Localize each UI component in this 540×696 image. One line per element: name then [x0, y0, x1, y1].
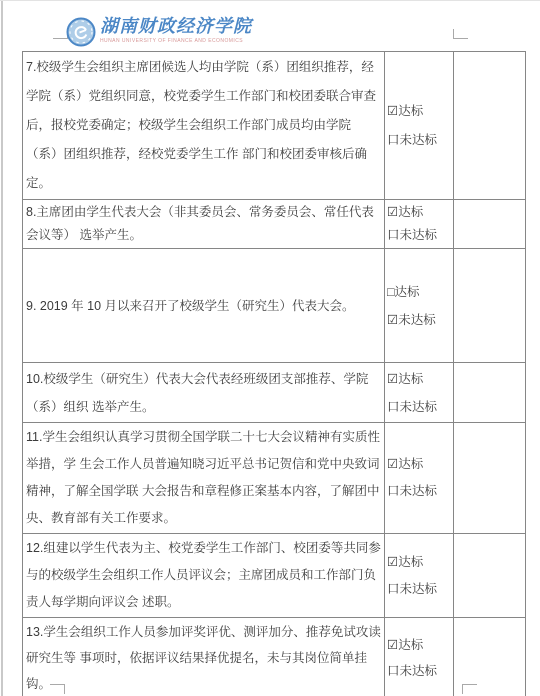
university-name-en: HUNAN UNIVERSITY OF FINANCE AND ECONOMIC…	[100, 38, 252, 44]
item-text: 7.校级学生会组织主席团候选人均由学院（系）团组织推荐，经学院（系）党组织同意，…	[23, 52, 385, 200]
document-page: { "header": { "logo_cn": "湖南财政经济学院", "lo…	[0, 0, 540, 696]
table-row-item9: 9. 2019 年 10 月以来召开了校级学生（研究生）代表大会。 □达标 ☑未…	[23, 249, 526, 363]
checkbox-dabiao[interactable]: ☑达标	[387, 97, 453, 126]
item-text: 9. 2019 年 10 月以来召开了校级学生（研究生）代表大会。	[23, 249, 385, 363]
checkbox-dabiao[interactable]: □达标	[387, 278, 453, 306]
status-cell: □达标 ☑未达标	[385, 249, 454, 363]
status-cell: ☑达标 口未达标	[385, 618, 454, 696]
checkbox-dabiao[interactable]: ☑达标	[387, 549, 453, 576]
status-cell: ☑达标 口未达标	[385, 363, 454, 423]
item-text: 13.学生会组织工作人员参加评奖评优、测评加分、推荐免试攻读研究生等 事项时，依…	[23, 618, 385, 696]
note-cell	[454, 363, 526, 423]
item-text: 8.主席团由学生代表大会（非其委员会、常务委员会、常任代表会议等） 选举产生。	[23, 200, 385, 249]
note-cell	[454, 249, 526, 363]
checkbox-weidabiao[interactable]: 口未达标	[387, 576, 453, 603]
checkbox-weidabiao[interactable]: 口未达标	[387, 126, 453, 155]
university-name-cn: 湖南财政经济学院	[100, 15, 252, 37]
table-row-item13: 13.学生会组织工作人员参加评奖评优、测评加分、推荐免试攻读研究生等 事项时，依…	[23, 618, 526, 696]
page-left-edge	[1, 0, 3, 696]
university-logo-text: 湖南财政经济学院 HUNAN UNIVERSITY OF FINANCE AND…	[100, 15, 252, 44]
checklist-table: 7.校级学生会组织主席团候选人均由学院（系）团组织推荐，经学院（系）党组织同意，…	[22, 51, 526, 696]
checkbox-weidabiao[interactable]: 口未达标	[387, 478, 453, 505]
checkbox-weidabiao[interactable]: ☑未达标	[387, 306, 453, 334]
university-logo-icon	[66, 17, 96, 47]
note-cell	[454, 423, 526, 534]
note-cell	[454, 534, 526, 618]
checkbox-dabiao[interactable]: ☑达标	[387, 201, 453, 224]
note-cell	[454, 200, 526, 249]
item-text: 10.校级学生（研究生）代表大会代表经班级团支部推荐、学院（系）组织 选举产生。	[23, 363, 385, 423]
table-row-item7: 7.校级学生会组织主席团候选人均由学院（系）团组织推荐，经学院（系）党组织同意，…	[23, 52, 526, 200]
university-logo: 湖南财政经济学院 HUNAN UNIVERSITY OF FINANCE AND…	[66, 15, 252, 47]
checkbox-dabiao[interactable]: ☑达标	[387, 365, 453, 393]
status-cell: ☑达标 口未达标	[385, 534, 454, 618]
crop-mark-top-right	[453, 29, 468, 39]
checkbox-dabiao[interactable]: ☑达标	[387, 451, 453, 478]
note-cell	[454, 618, 526, 696]
page-top-edge	[0, 0, 540, 1]
table-row-item12: 12.组建以学生代表为主、校党委学生工作部门、校团委等共同参与的校级学生会组织工…	[23, 534, 526, 618]
checkbox-weidabiao[interactable]: 口未达标	[387, 224, 453, 247]
item-text: 11.学生会组织认真学习贯彻全国学联二十七大会议精神有实质性举措，学 生会工作人…	[23, 423, 385, 534]
checkbox-weidabiao[interactable]: 口未达标	[387, 658, 453, 684]
note-cell	[454, 52, 526, 200]
checkbox-dabiao[interactable]: ☑达标	[387, 632, 453, 658]
status-cell: ☑达标 口未达标	[385, 200, 454, 249]
status-cell: ☑达标 口未达标	[385, 52, 454, 200]
table-row-item10: 10.校级学生（研究生）代表大会代表经班级团支部推荐、学院（系）组织 选举产生。…	[23, 363, 526, 423]
status-cell: ☑达标 口未达标	[385, 423, 454, 534]
table-row-item8: 8.主席团由学生代表大会（非其委员会、常务委员会、常任代表会议等） 选举产生。 …	[23, 200, 526, 249]
item-text: 12.组建以学生代表为主、校党委学生工作部门、校团委等共同参与的校级学生会组织工…	[23, 534, 385, 618]
checkbox-weidabiao[interactable]: 口未达标	[387, 393, 453, 421]
table-row-item11: 11.学生会组织认真学习贯彻全国学联二十七大会议精神有实质性举措，学 生会工作人…	[23, 423, 526, 534]
